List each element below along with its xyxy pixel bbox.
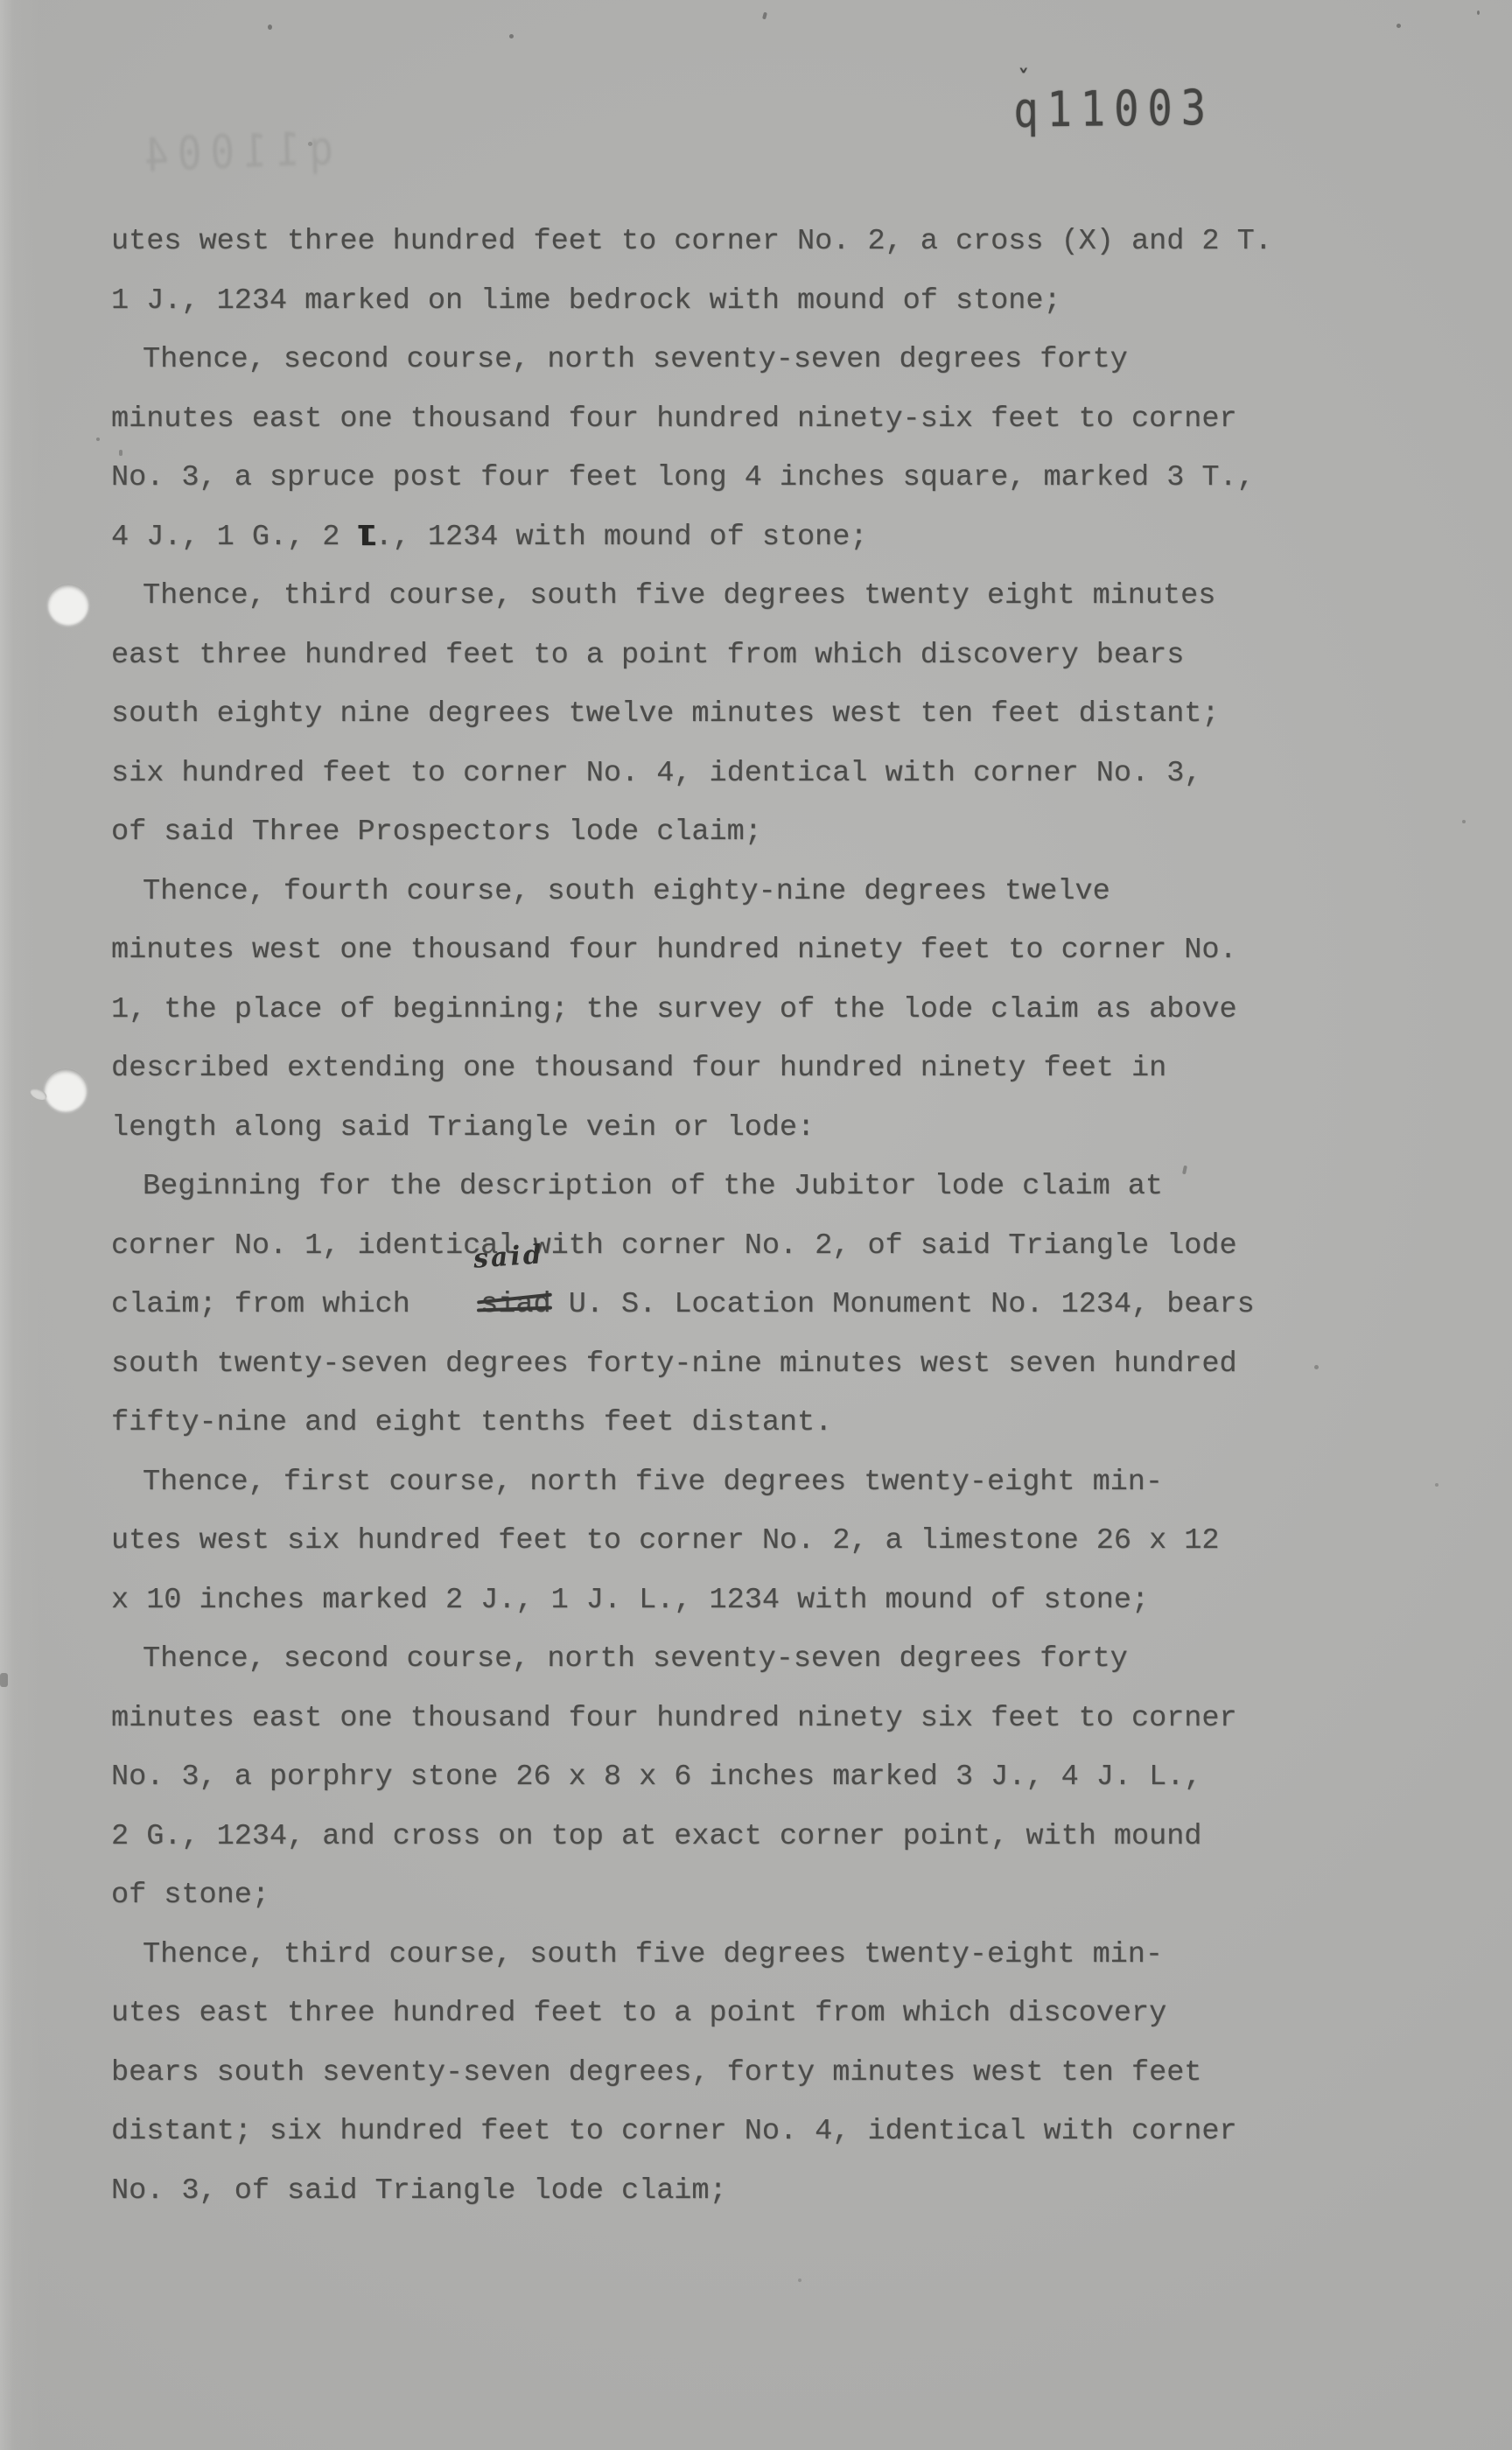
- scan-speck: [119, 450, 122, 456]
- scan-speck: [96, 437, 100, 441]
- text-line: Thence, second course, north seventy-sev…: [111, 331, 1406, 390]
- punch-hole-top: [47, 584, 89, 626]
- text-line: Beginning for the description of the Jub…: [111, 1158, 1406, 1217]
- overstruck-character: LT: [357, 508, 374, 568]
- text-line: six hundred feet to corner No. 4, identi…: [111, 745, 1406, 804]
- text-line: minutes west one thousand four hundred n…: [111, 921, 1406, 981]
- text-line: minutes east one thousand four hundred n…: [111, 390, 1406, 450]
- scanned-document: { "page": { "stamps": { "serial": "q1100…: [0, 0, 1512, 2450]
- text-line: length along said Triangle vein or lode:: [111, 1099, 1406, 1158]
- scan-speck: [762, 12, 767, 20]
- serial-number-stamp: ˇq11003: [1013, 80, 1214, 139]
- text-line: fifty-nine and eight tenths feet distant…: [111, 1394, 1406, 1453]
- document-text: utes west three hundred feet to corner N…: [111, 213, 1406, 2221]
- text-line: utes west six hundred feet to corner No.…: [111, 1512, 1406, 1571]
- scan-speck: [1314, 1365, 1319, 1369]
- scan-speck: [1396, 24, 1401, 28]
- text-line: Thence, second course, north seventy-sev…: [111, 1630, 1406, 1690]
- text-line: No. 3, a spruce post four feet long 4 in…: [111, 449, 1406, 508]
- text-line: minutes east one thousand four hundred n…: [111, 1690, 1406, 1749]
- text-line: east three hundred feet to a point from …: [111, 626, 1406, 686]
- stamp-check-mark: ˇ: [1017, 66, 1031, 97]
- scan-speck: [509, 34, 514, 38]
- text-line: No. 3, a porphry stone 26 x 8 x 6 inches…: [111, 1748, 1406, 1808]
- scan-speck: [798, 2278, 801, 2282]
- scan-speck: [308, 142, 312, 146]
- text-line: of stone;: [111, 1866, 1406, 1926]
- text-line: No. 3, of said Triangle lode claim;: [111, 2162, 1406, 2222]
- text-line: Thence, fourth course, south eighty-nine…: [111, 863, 1406, 922]
- text-line: 1, the place of beginning; the survey of…: [111, 981, 1406, 1040]
- text-line: Thence, third course, south five degrees…: [111, 1926, 1406, 1985]
- text-line: 2 G., 1234, and cross on top at exact co…: [111, 1808, 1406, 1867]
- text-line: x 10 inches marked 2 J., 1 J. L., 1234 w…: [111, 1571, 1406, 1631]
- overstruck-under-character: L: [359, 509, 376, 569]
- text-line: described extending one thousand four hu…: [111, 1039, 1406, 1099]
- handwritten-correction: said: [472, 1242, 545, 1273]
- scan-speck: [1462, 820, 1466, 823]
- text-line: utes west three hundred feet to corner N…: [111, 213, 1406, 272]
- punch-hole-bottom: [44, 1068, 87, 1112]
- text-line: south twenty-seven degrees forty-nine mi…: [111, 1335, 1406, 1395]
- text-line: 4 J., 1 G., 2 LT., 1234 with mound of st…: [111, 508, 1406, 568]
- text-line: of said Three Prospectors lode claim;: [111, 803, 1406, 863]
- text-line: Thence, third course, south five degrees…: [111, 567, 1406, 626]
- text-line: distant; six hundred feet to corner No. …: [111, 2103, 1406, 2162]
- document-page: q11004 ˇq11003 utes west three hundred f…: [0, 0, 1512, 2450]
- scan-speck: [1477, 10, 1480, 15]
- text-line: utes east three hundred feet to a point …: [111, 1984, 1406, 2044]
- text-line: bears south seventy-seven degrees, forty…: [111, 2044, 1406, 2103]
- ghost-bleedthrough-stamp: q11004: [135, 120, 334, 182]
- scan-speck: [0, 1673, 8, 1687]
- serial-number-text: q11003: [1013, 80, 1214, 139]
- text-line: south eighty nine degrees twelve minutes…: [111, 685, 1406, 745]
- struck-out-word: siadsaid: [480, 1276, 550, 1335]
- text-line: Thence, first course, north five degrees…: [111, 1453, 1406, 1513]
- text-line: 1 J., 1234 marked on lime bedrock with m…: [111, 272, 1406, 332]
- text-line: claim; from which siadsaid U. S. Locatio…: [111, 1276, 1406, 1335]
- scan-speck: [268, 24, 272, 30]
- text-line: corner No. 1, identical with corner No. …: [111, 1217, 1406, 1277]
- scan-speck: [1435, 1483, 1438, 1487]
